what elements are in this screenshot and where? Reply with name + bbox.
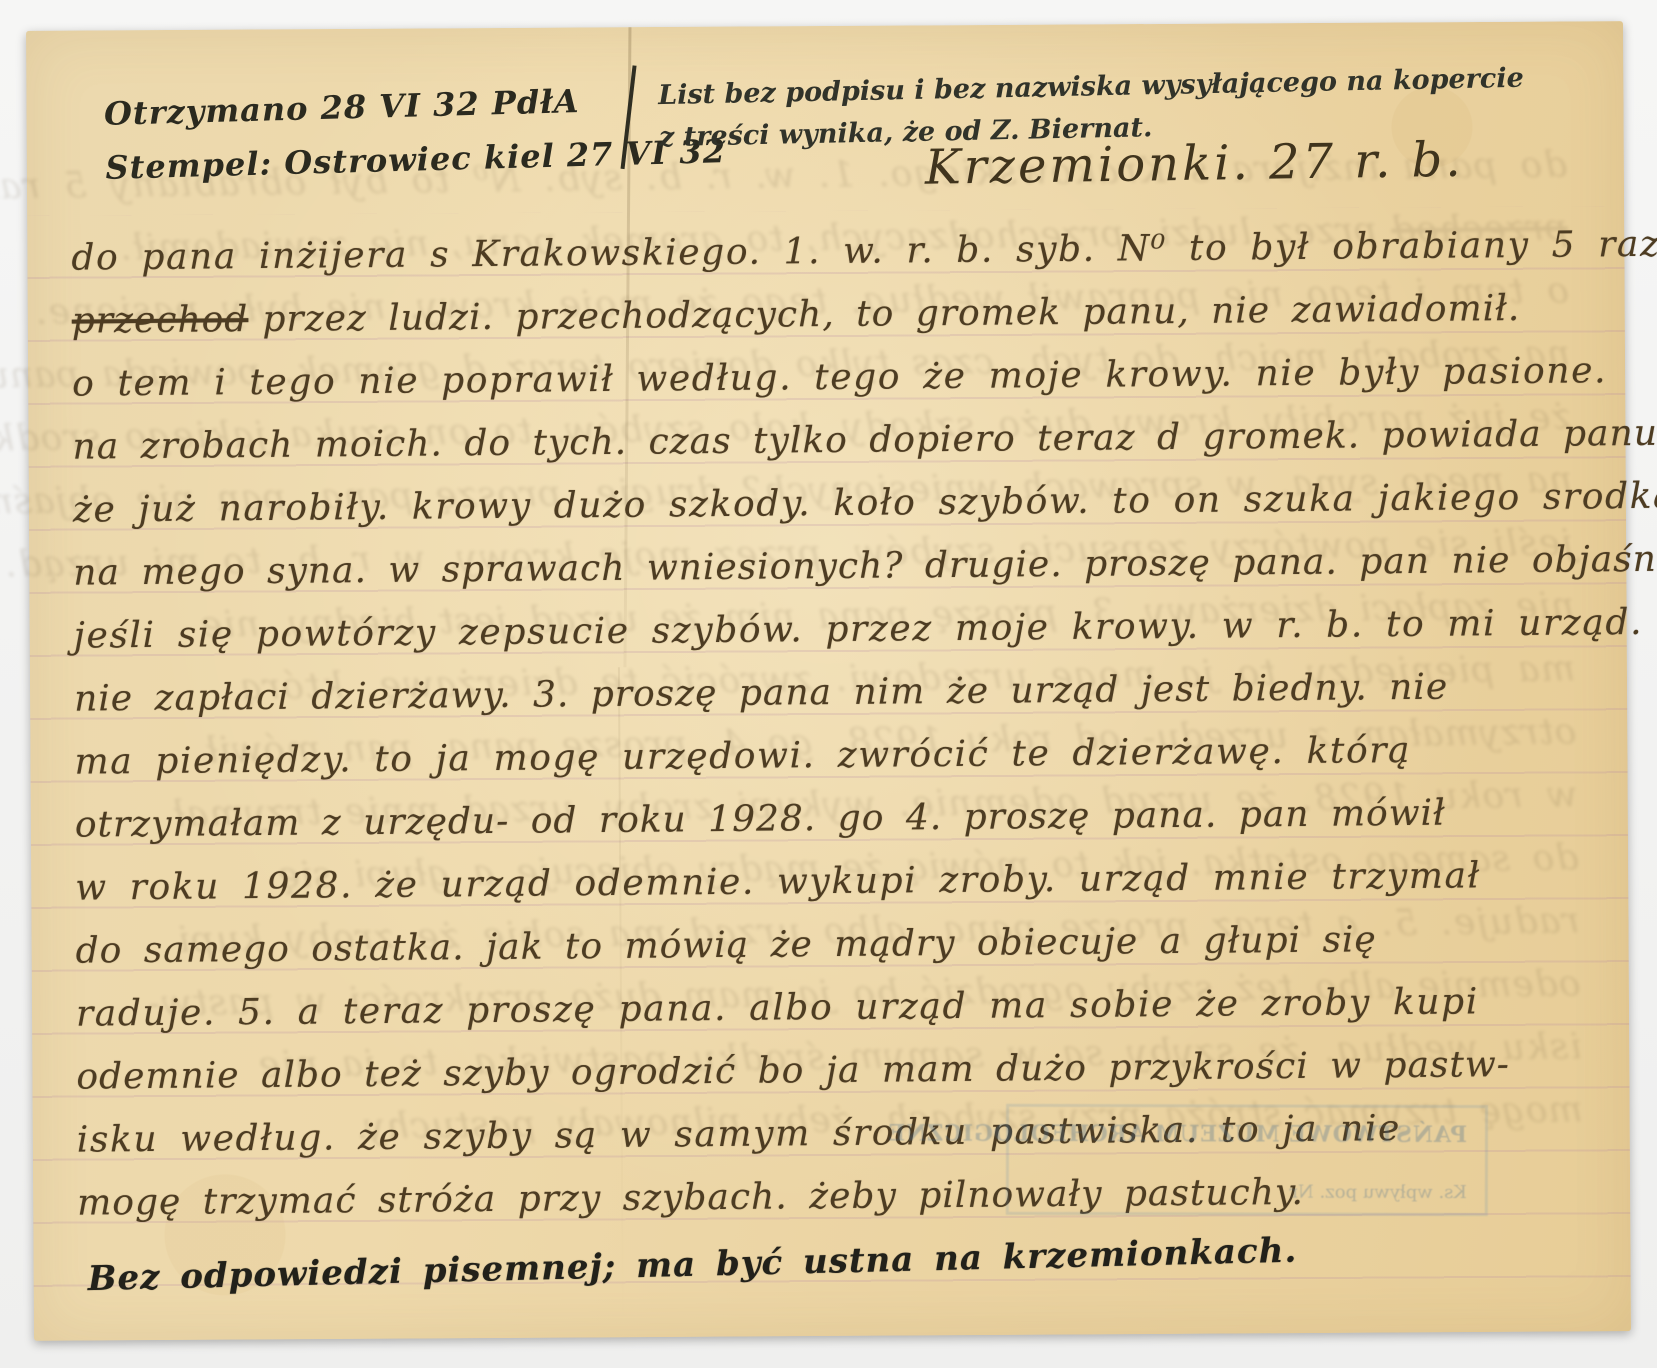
archivist-note-bottom: Bez odpowiedzi pisemnej; ma być ustna na… xyxy=(87,1231,1297,1299)
museum-stamp-bleedthrough: PAŃSTWOWE MUZEUM ARCHEOLOGICZNE Ks. wpły… xyxy=(1006,1104,1488,1216)
museum-stamp-title: PAŃSTWOWE MUZEUM ARCHEOLOGICZNE xyxy=(1027,1121,1467,1148)
museum-stamp-register-line: Ks. wpływu poz. Nr xyxy=(1027,1181,1467,1203)
letter-paper: do pana inżijera s Krakowskiego. 1. w. r… xyxy=(26,21,1631,1341)
letter-body: do pana inżijera s Krakowskiego. 1. w. r… xyxy=(71,217,1622,1234)
letter-dateline: Krzemionki. 27 r. b. xyxy=(924,132,1463,196)
struck-out-word: przechod xyxy=(72,299,249,342)
